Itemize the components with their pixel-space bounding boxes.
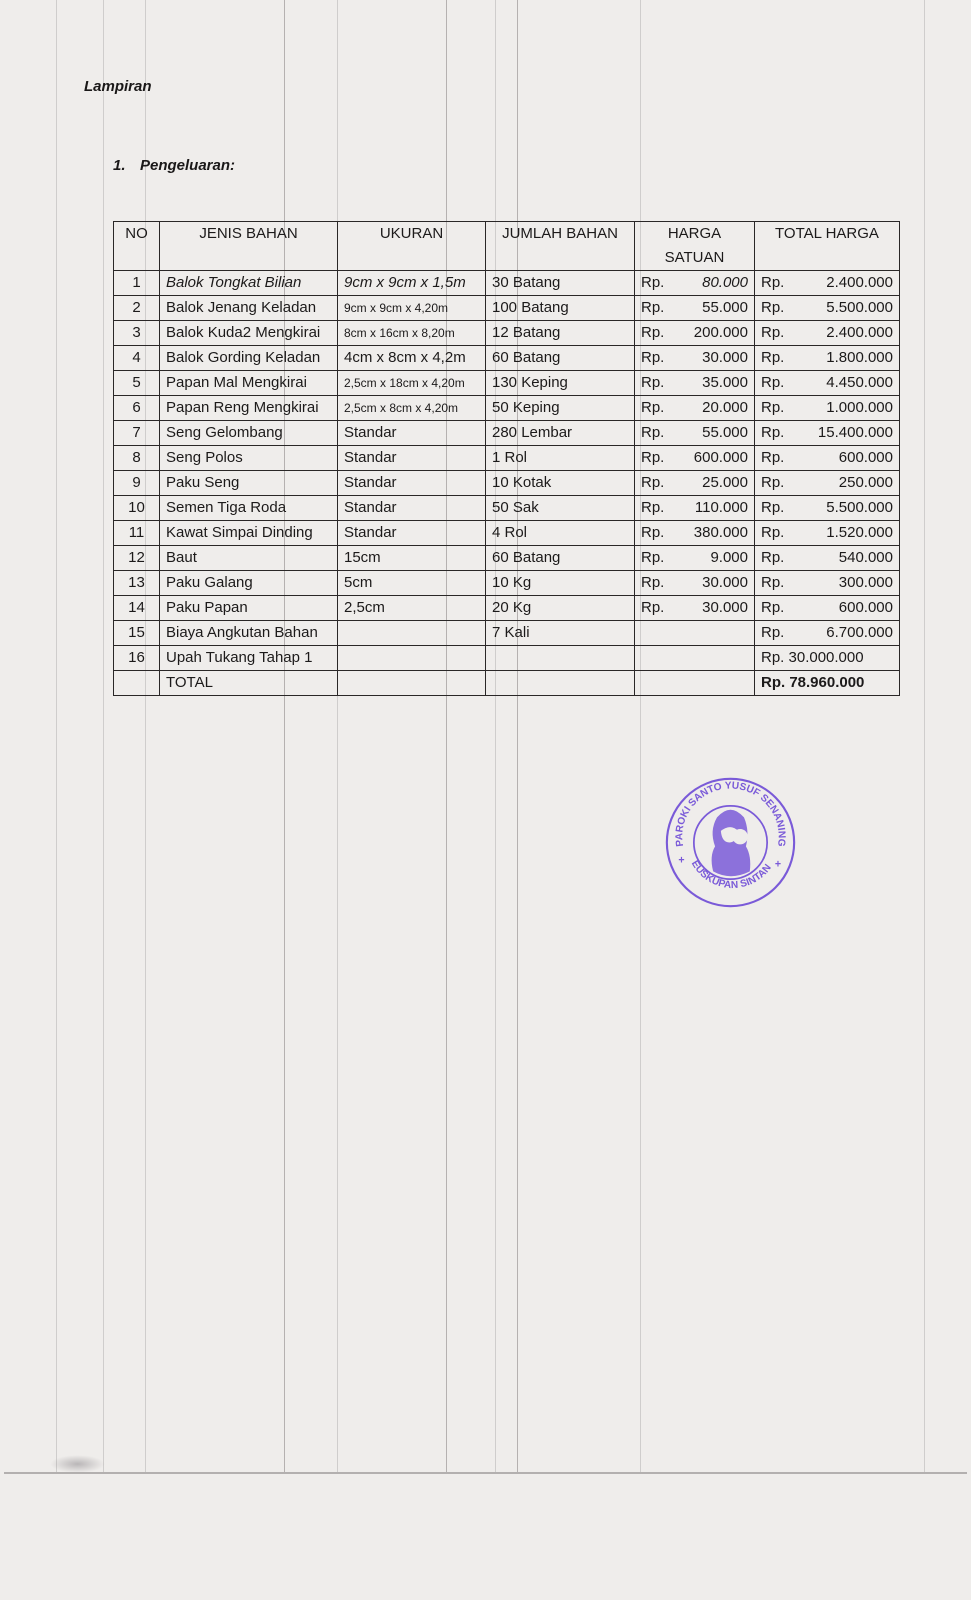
row-number: 10 [114, 496, 160, 521]
line-total-amount: 1.000.000 [826, 396, 893, 420]
material-name: Paku Papan [160, 596, 338, 621]
line-total-amount: 540.000 [839, 546, 893, 570]
unit-price: Rp.30.000 [635, 346, 755, 371]
material-name: Balok Tongkat Bilian [160, 271, 338, 296]
row-number: 9 [114, 471, 160, 496]
material-quantity: 20 Kg [486, 596, 635, 621]
parish-stamp: PAROKI SANTO YUSUF SENANING KEUSKUPAN SI… [663, 775, 798, 910]
material-size: Standar [338, 421, 486, 446]
table-row: 2Balok Jenang Keladan9cm x 9cm x 4,20m10… [114, 296, 900, 321]
line-total-amount: 2.400.000 [826, 271, 893, 295]
line-total-amount: 5.500.000 [826, 296, 893, 320]
unit-price-amount: 30.000 [702, 596, 748, 620]
unit-price-amount: 25.000 [702, 471, 748, 495]
line-total: Rp.15.400.000 [755, 421, 900, 446]
material-size: Standar [338, 496, 486, 521]
material-name: Biaya Angkutan Bahan [160, 621, 338, 646]
holy-family-figure-icon [712, 810, 751, 877]
line-total: Rp.5.500.000 [755, 496, 900, 521]
row-number: 11 [114, 521, 160, 546]
expenses-table: NO JENIS BAHAN UKURAN JUMLAH BAHAN HARGA… [113, 221, 900, 696]
material-size: 15cm [338, 546, 486, 571]
material-quantity: 60 Batang [486, 546, 635, 571]
unit-price-amount: 30.000 [702, 571, 748, 595]
unit-price: Rp.20.000 [635, 396, 755, 421]
cross-icon: + [678, 855, 684, 867]
line-total: Rp.1.000.000 [755, 396, 900, 421]
currency-label: Rp. [761, 271, 784, 295]
material-name: Balok Jenang Keladan [160, 296, 338, 321]
total-row-no [114, 671, 160, 696]
material-size: 9cm x 9cm x 1,5m [338, 271, 486, 296]
line-total: Rp.5.500.000 [755, 296, 900, 321]
unit-price-amount: 380.000 [694, 521, 748, 545]
line-total: Rp.300.000 [755, 571, 900, 596]
scan-streak [56, 0, 57, 1472]
unit-price: Rp.25.000 [635, 471, 755, 496]
currency-label: Rp. [761, 421, 784, 445]
table-header-row: NO JENIS BAHAN UKURAN JUMLAH BAHAN HARGA… [114, 222, 900, 271]
table-row: 6Papan Reng Mengkirai2,5cm x 8cm x 4,20m… [114, 396, 900, 421]
table-row: 15Biaya Angkutan Bahan7 KaliRp.6.700.000 [114, 621, 900, 646]
unit-price [635, 646, 755, 671]
unit-price: Rp.80.000 [635, 271, 755, 296]
row-number: 2 [114, 296, 160, 321]
line-total: Rp.6.700.000 [755, 621, 900, 646]
unit-price: Rp.55.000 [635, 421, 755, 446]
material-name: Papan Mal Mengkirai [160, 371, 338, 396]
unit-price: Rp.30.000 [635, 596, 755, 621]
currency-label: Rp. [761, 596, 784, 620]
material-size: 4cm x 8cm x 4,2m [338, 346, 486, 371]
material-quantity: 1 Rol [486, 446, 635, 471]
currency-label: Rp. [761, 396, 784, 420]
unit-price-amount: 80.000 [702, 271, 748, 295]
unit-price-amount: 55.000 [702, 421, 748, 445]
line-total-amount: 4.450.000 [826, 371, 893, 395]
row-number: 15 [114, 621, 160, 646]
currency-label: Rp. [761, 371, 784, 395]
material-size: 2,5cm x 18cm x 4,20m [338, 371, 486, 396]
material-name: Paku Galang [160, 571, 338, 596]
line-total-amount: 300.000 [839, 571, 893, 595]
line-total: Rp.2.400.000 [755, 321, 900, 346]
currency-label: Rp. [641, 346, 664, 370]
currency-label: Rp. [641, 396, 664, 420]
table-row: 8Seng PolosStandar1 RolRp.600.000Rp.600.… [114, 446, 900, 471]
currency-label: Rp. [761, 346, 784, 370]
material-size: Standar [338, 446, 486, 471]
unit-price-amount: 35.000 [702, 371, 748, 395]
table-row: 16Upah Tukang Tahap 1Rp. 30.000.000 [114, 646, 900, 671]
currency-label: Rp. [641, 496, 664, 520]
currency-label: Rp. [761, 571, 784, 595]
material-size [338, 621, 486, 646]
header-ukuran: UKURAN [338, 222, 486, 271]
line-total: Rp.600.000 [755, 446, 900, 471]
line-total-amount: 15.400.000 [818, 421, 893, 445]
unit-price: Rp.110.000 [635, 496, 755, 521]
material-name: Semen Tiga Roda [160, 496, 338, 521]
unit-price: Rp.55.000 [635, 296, 755, 321]
material-name: Seng Polos [160, 446, 338, 471]
currency-label: Rp. [761, 321, 784, 345]
table-row: 10Semen Tiga RodaStandar50 SakRp.110.000… [114, 496, 900, 521]
material-name: Balok Gording Keladan [160, 346, 338, 371]
material-size: 2,5cm [338, 596, 486, 621]
row-number: 7 [114, 421, 160, 446]
material-quantity: 10 Kotak [486, 471, 635, 496]
line-total-amount: 600.000 [839, 596, 893, 620]
material-quantity: 100 Batang [486, 296, 635, 321]
scan-streak [103, 0, 104, 1472]
line-total: Rp.250.000 [755, 471, 900, 496]
material-quantity: 50 Keping [486, 396, 635, 421]
table-row: 12Baut15cm60 BatangRp.9.000Rp.540.000 [114, 546, 900, 571]
row-number: 5 [114, 371, 160, 396]
unit-price-amount: 200.000 [694, 321, 748, 345]
material-name: Seng Gelombang [160, 421, 338, 446]
currency-label: Rp. [641, 521, 664, 545]
header-no: NO [114, 222, 160, 271]
currency-label: Rp. [761, 546, 784, 570]
material-name: Balok Kuda2 Mengkirai [160, 321, 338, 346]
header-jumlah-bahan: JUMLAH BAHAN [486, 222, 635, 271]
material-quantity: 4 Rol [486, 521, 635, 546]
row-number: 12 [114, 546, 160, 571]
material-name: Papan Reng Mengkirai [160, 396, 338, 421]
table-row: 14Paku Papan2,5cm20 KgRp.30.000Rp.600.00… [114, 596, 900, 621]
unit-price: Rp.30.000 [635, 571, 755, 596]
scan-streak [924, 0, 925, 1472]
line-total: Rp.600.000 [755, 596, 900, 621]
line-total-amount: 600.000 [839, 446, 893, 470]
row-number: 6 [114, 396, 160, 421]
currency-label: Rp. [641, 571, 664, 595]
currency-label: Rp. [761, 521, 784, 545]
line-total: Rp.540.000 [755, 546, 900, 571]
material-size: 9cm x 9cm x 4,20m [338, 296, 486, 321]
line-total: Rp.4.450.000 [755, 371, 900, 396]
line-total-amount: 2.400.000 [826, 321, 893, 345]
line-total-amount: 1.800.000 [826, 346, 893, 370]
currency-label: Rp. [761, 296, 784, 320]
row-number: 4 [114, 346, 160, 371]
row-number: 16 [114, 646, 160, 671]
material-name: Kawat Simpai Dinding [160, 521, 338, 546]
table-row: 3Balok Kuda2 Mengkirai8cm x 16cm x 8,20m… [114, 321, 900, 346]
table-row: 5Papan Mal Mengkirai2,5cm x 18cm x 4,20m… [114, 371, 900, 396]
table-row: 9Paku SengStandar10 KotakRp.25.000Rp.250… [114, 471, 900, 496]
material-quantity [486, 646, 635, 671]
unit-price-amount: 55.000 [702, 296, 748, 320]
line-total-amount: 5.500.000 [826, 496, 893, 520]
line-total: Rp. 30.000.000 [755, 646, 900, 671]
header-harga-line1: HARGA [668, 225, 721, 242]
material-quantity: 280 Lembar [486, 421, 635, 446]
unit-price: Rp.9.000 [635, 546, 755, 571]
row-number: 14 [114, 596, 160, 621]
line-total-amount: 250.000 [839, 471, 893, 495]
document-heading: Lampiran [84, 78, 152, 95]
total-row: TOTAL Rp. 78.960.000 [114, 671, 900, 696]
currency-label: Rp. [641, 471, 664, 495]
total-row-empty [635, 671, 755, 696]
header-jenis-bahan: JENIS BAHAN [160, 222, 338, 271]
material-name: Baut [160, 546, 338, 571]
material-name: Paku Seng [160, 471, 338, 496]
material-quantity: 60 Batang [486, 346, 635, 371]
currency-label: Rp. [641, 271, 664, 295]
header-harga-satuan: HARGASATUAN [635, 222, 755, 271]
line-total-amount: 1.520.000 [826, 521, 893, 545]
table-row: 11Kawat Simpai DindingStandar4 RolRp.380… [114, 521, 900, 546]
line-total: Rp.1.800.000 [755, 346, 900, 371]
material-size [338, 646, 486, 671]
line-total: Rp.1.520.000 [755, 521, 900, 546]
row-number: 1 [114, 271, 160, 296]
unit-price-amount: 30.000 [702, 346, 748, 370]
currency-label: Rp. [641, 546, 664, 570]
row-number: 8 [114, 446, 160, 471]
currency-label: Rp. [761, 621, 784, 645]
page-edge [4, 1472, 967, 1474]
header-harga-line2: SATUAN [665, 249, 725, 266]
currency-label: Rp. [641, 296, 664, 320]
unit-price [635, 621, 755, 646]
material-quantity: 130 Keping [486, 371, 635, 396]
table-row: 4Balok Gording Keladan4cm x 8cm x 4,2m60… [114, 346, 900, 371]
unit-price: Rp.200.000 [635, 321, 755, 346]
unit-price-amount: 20.000 [702, 396, 748, 420]
grand-total-value: Rp. 78.960.000 [755, 671, 900, 696]
material-size: Standar [338, 471, 486, 496]
unit-price-amount: 110.000 [695, 496, 748, 520]
cross-icon: + [775, 859, 781, 871]
material-size: Standar [338, 521, 486, 546]
line-total: Rp.2.400.000 [755, 271, 900, 296]
table-row: 1Balok Tongkat Bilian9cm x 9cm x 1,5m30 … [114, 271, 900, 296]
currency-label: Rp. [641, 421, 664, 445]
unit-price: Rp.600.000 [635, 446, 755, 471]
currency-label: Rp. [761, 471, 784, 495]
currency-label: Rp. [761, 446, 784, 470]
material-quantity: 7 Kali [486, 621, 635, 646]
scan-smudge [50, 1455, 105, 1473]
material-size: 5cm [338, 571, 486, 596]
currency-label: Rp. [641, 596, 664, 620]
currency-label: Rp. [641, 321, 664, 345]
material-name: Upah Tukang Tahap 1 [160, 646, 338, 671]
row-number: 13 [114, 571, 160, 596]
currency-label: Rp. [641, 446, 664, 470]
table-row: 7Seng GelombangStandar280 LembarRp.55.00… [114, 421, 900, 446]
material-quantity: 30 Batang [486, 271, 635, 296]
row-number: 3 [114, 321, 160, 346]
total-label: TOTAL [160, 671, 338, 696]
unit-price: Rp.380.000 [635, 521, 755, 546]
line-total-amount: 6.700.000 [826, 621, 893, 645]
unit-price-amount: 600.000 [694, 446, 748, 470]
total-row-empty [486, 671, 635, 696]
material-size: 2,5cm x 8cm x 4,20m [338, 396, 486, 421]
table-row: 13Paku Galang5cm10 KgRp.30.000Rp.300.000 [114, 571, 900, 596]
section-label: Pengeluaran: [140, 157, 235, 174]
section-number: 1. [113, 157, 140, 174]
unit-price-amount: 9.000 [710, 546, 748, 570]
material-quantity: 12 Batang [486, 321, 635, 346]
material-size: 8cm x 16cm x 8,20m [338, 321, 486, 346]
unit-price: Rp.35.000 [635, 371, 755, 396]
header-total-harga: TOTAL HARGA [755, 222, 900, 271]
material-quantity: 10 Kg [486, 571, 635, 596]
currency-label: Rp. [641, 371, 664, 395]
total-row-empty [338, 671, 486, 696]
material-quantity: 50 Sak [486, 496, 635, 521]
section-title: 1.Pengeluaran: [113, 157, 235, 174]
currency-label: Rp. [761, 496, 784, 520]
